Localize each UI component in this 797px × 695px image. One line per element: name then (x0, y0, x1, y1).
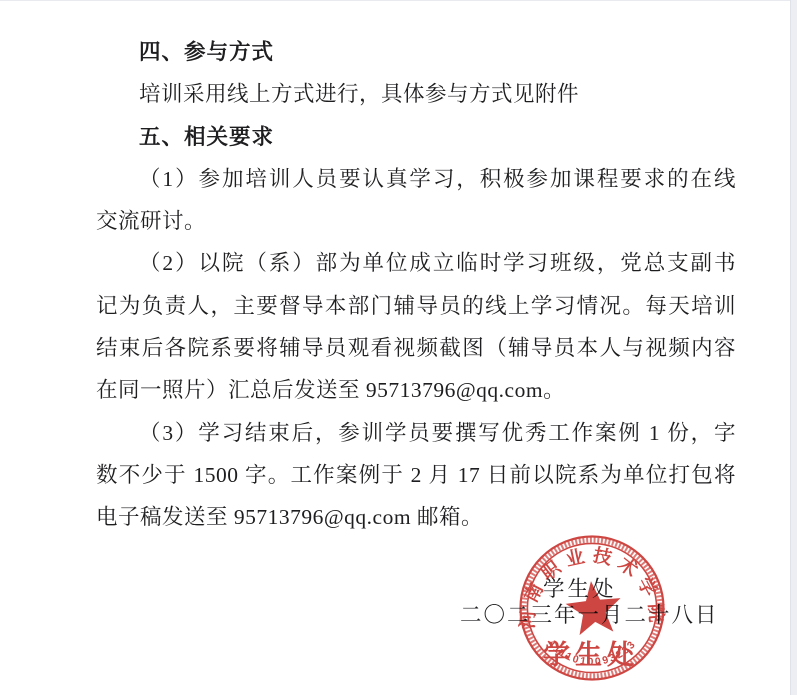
body-line: 记为负责人，主要督导本部门辅导员的线上学习情况。每天培训 (96, 285, 736, 327)
body-line: 数不少于 1500 字。工作案例于 2 月 17 日前以院系为单位打包将 (96, 454, 736, 496)
page-right-edge (790, 0, 797, 695)
section-heading-5: 五、相关要求 (96, 116, 736, 158)
body-line: （2）以院（系）部为单位成立临时学习班级，党总支副书 (96, 242, 736, 284)
official-stamp: 河南职业技术学院 学生处 4111010093233 (516, 532, 668, 684)
stamp-graphic: 河南职业技术学院 学生处 4111010093233 (516, 532, 668, 684)
body-line: 在同一照片）汇总后发送至 95713796@qq.com。 (96, 369, 736, 411)
body-line: （3）学习结束后，参训学员要撰写优秀工作案例 1 份，字 (96, 412, 736, 454)
document-body: 四、参与方式 培训采用线上方式进行，具体参与方式见附件 五、相关要求 （1）参加… (96, 31, 736, 539)
body-line: 结束后各院系要将辅导员观看视频截图（辅导员本人与视频内容 (96, 327, 736, 369)
body-line: （1）参加培训人员要认真学习，积极参加课程要求的在线 (96, 158, 736, 200)
body-line: 培训采用线上方式进行，具体参与方式见附件 (96, 73, 736, 115)
body-line: 交流研讨。 (96, 200, 736, 242)
section-heading-4: 四、参与方式 (96, 31, 736, 73)
star-icon (564, 578, 624, 636)
page-top-edge (0, 0, 797, 1)
document-page: 四、参与方式 培训采用线上方式进行，具体参与方式见附件 五、相关要求 （1）参加… (0, 0, 797, 695)
